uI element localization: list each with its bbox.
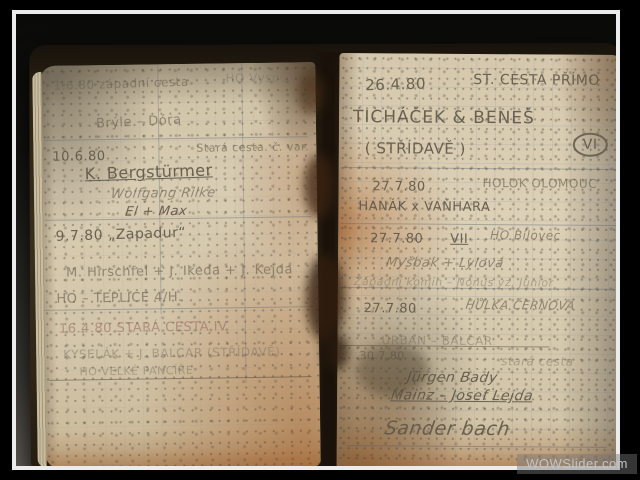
- entry-line: HO VELKÉ PANCÍŘE: [79, 364, 193, 379]
- entry-names: Myšbak + Lylová: [385, 255, 505, 271]
- entry-name: El + Max: [124, 204, 188, 220]
- entry-names: KYSELÁK + J. BALCAR (STŘÍDAVĚ): [63, 345, 280, 362]
- entry-line: 1.6.80 západní cesta: [53, 75, 189, 93]
- entry-names: TICHÁČEK & BENEŠ: [353, 107, 535, 128]
- entry-line: stará cesta: [501, 354, 573, 369]
- watermark-label: WOWSlider.com: [526, 456, 628, 471]
- stain-blob: [298, 74, 324, 114]
- entry-line: 9.7.80 „Zapadur“: [55, 225, 186, 245]
- entry-names: HŮLKA ČERNOVÁ: [465, 298, 576, 313]
- entry-names: HANÁK x VAŇHARA: [358, 199, 490, 215]
- watermark-link[interactable]: WOWSlider.com: [517, 454, 637, 474]
- entry-line: HO Vysoun: [225, 70, 296, 85]
- rule-line: [45, 306, 313, 311]
- stain-blob: [306, 254, 344, 342]
- notebook-left-page: 1.6.80 západní cesta HO Vysoun Brýle – D…: [39, 62, 321, 470]
- rule-line: [343, 167, 617, 170]
- entry-line: 16.4.80 STARÁ CESTA IV: [59, 319, 228, 336]
- photo-frame: 1.6.80 západní cesta HO Vysoun Brýle – D…: [12, 10, 620, 470]
- entry-names: M. Hirschfel + J. Ikeda + J. Kejda: [66, 262, 293, 280]
- entry-line: ST. CESTA PŘÍMO: [473, 72, 600, 89]
- stain-blob: [322, 334, 348, 370]
- entry-date: 26.4.80: [365, 75, 426, 95]
- entry-date: 27.7.80: [372, 179, 425, 194]
- entry-line: HO Bílovec: [490, 228, 561, 242]
- entry-line: Brýle – Dóra: [96, 112, 182, 131]
- stain-blob: [304, 154, 334, 218]
- grade-label: VII: [450, 232, 468, 247]
- entry-line: HO – TEPLICE 4/H.: [56, 290, 182, 307]
- entry-line: HOLOK OLOMOUC: [483, 176, 598, 191]
- entry-date: 27.7.80: [364, 301, 417, 316]
- column-line: [241, 63, 246, 383]
- entry-line: ( STŘÍDAVĚ ): [365, 139, 466, 158]
- notebook-right-page: 26.4.80 ST. CESTA PŘÍMO TICHÁČEK & BENEŠ…: [337, 53, 620, 470]
- grade-badge: VI: [573, 133, 608, 157]
- entry-name: K. Bergstürmer: [84, 160, 213, 183]
- signature: Sander bach: [383, 417, 511, 440]
- entry-name: Wolfgang Rilke: [110, 185, 217, 201]
- entry-date: 27.7.80: [370, 231, 423, 246]
- entry-line: Stará cesta. č. var.: [196, 140, 309, 155]
- entry-date: 10.6.80: [52, 149, 105, 165]
- stain-blob: [356, 344, 428, 396]
- rule-line: [347, 445, 607, 448]
- entry-line: Západní komín – Nonus vz. Junior: [354, 275, 554, 289]
- rule-line: [340, 223, 616, 226]
